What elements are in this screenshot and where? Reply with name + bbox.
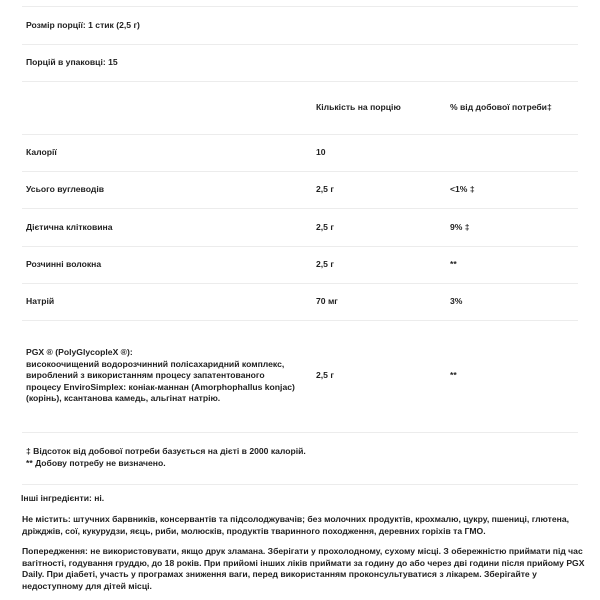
pgx-description-line: високоочищений водорозчинний полісахарид… xyxy=(26,359,284,371)
does-not-contain: Не містить: штучних барвників, консерван… xyxy=(22,514,592,537)
divider xyxy=(22,484,578,485)
nutrient-amount: 70 мг xyxy=(316,296,338,308)
nutrient-name: Дієтична клітковина xyxy=(26,222,113,234)
nutrient-name: Калорії xyxy=(26,147,57,159)
nutrient-amount: 10 xyxy=(316,147,326,159)
header-amount: Кількість на порцію xyxy=(316,102,401,114)
divider xyxy=(22,44,578,45)
nutrient-amount: 2,5 г xyxy=(316,184,334,196)
nutrient-name: Усього вуглеводів xyxy=(26,184,104,196)
other-ingredients: Інші інгредієнти: ні. xyxy=(21,493,104,505)
pgx-daily-value: ** xyxy=(450,370,457,382)
pgx-description-line: вироблений з використанням процесу запат… xyxy=(26,370,265,382)
divider xyxy=(22,283,578,284)
pgx-description-line: процесу EnviroSimplex: коніак-маннан (Am… xyxy=(26,382,295,394)
nutrient-amount: 2,5 г xyxy=(316,222,334,234)
nutrient-daily-value: ** xyxy=(450,259,457,271)
nutrient-daily-value: 9% ‡ xyxy=(450,222,470,234)
nutrient-daily-value: <1% ‡ xyxy=(450,184,475,196)
nutrient-name: Розчинні волокна xyxy=(26,259,101,271)
servings-per-container: Порцій в упаковці: 15 xyxy=(26,57,118,69)
footnote-not-established: ** Добову потребу не визначено. xyxy=(26,458,166,470)
divider xyxy=(22,246,578,247)
divider xyxy=(22,134,578,135)
divider xyxy=(22,208,578,209)
pgx-title: PGX ® (PolyGlycopleX ®): xyxy=(26,347,133,359)
divider xyxy=(22,432,578,433)
warning: Попередження: не використовувати, якщо д… xyxy=(22,546,592,592)
nutrient-name: Натрій xyxy=(26,296,54,308)
footnote-daily-value: ‡ Відсоток від добової потреби базується… xyxy=(26,446,306,458)
divider xyxy=(22,6,578,7)
divider xyxy=(22,81,578,82)
pgx-amount: 2,5 г xyxy=(316,370,334,382)
nutrient-daily-value: 3% xyxy=(450,296,462,308)
header-daily-value: % від добової потреби‡ xyxy=(450,102,552,114)
pgx-description-line: (корінь), ксантанова камедь, альгінат на… xyxy=(26,393,220,405)
nutrient-amount: 2,5 г xyxy=(316,259,334,271)
divider xyxy=(22,171,578,172)
divider xyxy=(22,320,578,321)
serving-size: Розмір порції: 1 стик (2,5 г) xyxy=(26,20,140,32)
